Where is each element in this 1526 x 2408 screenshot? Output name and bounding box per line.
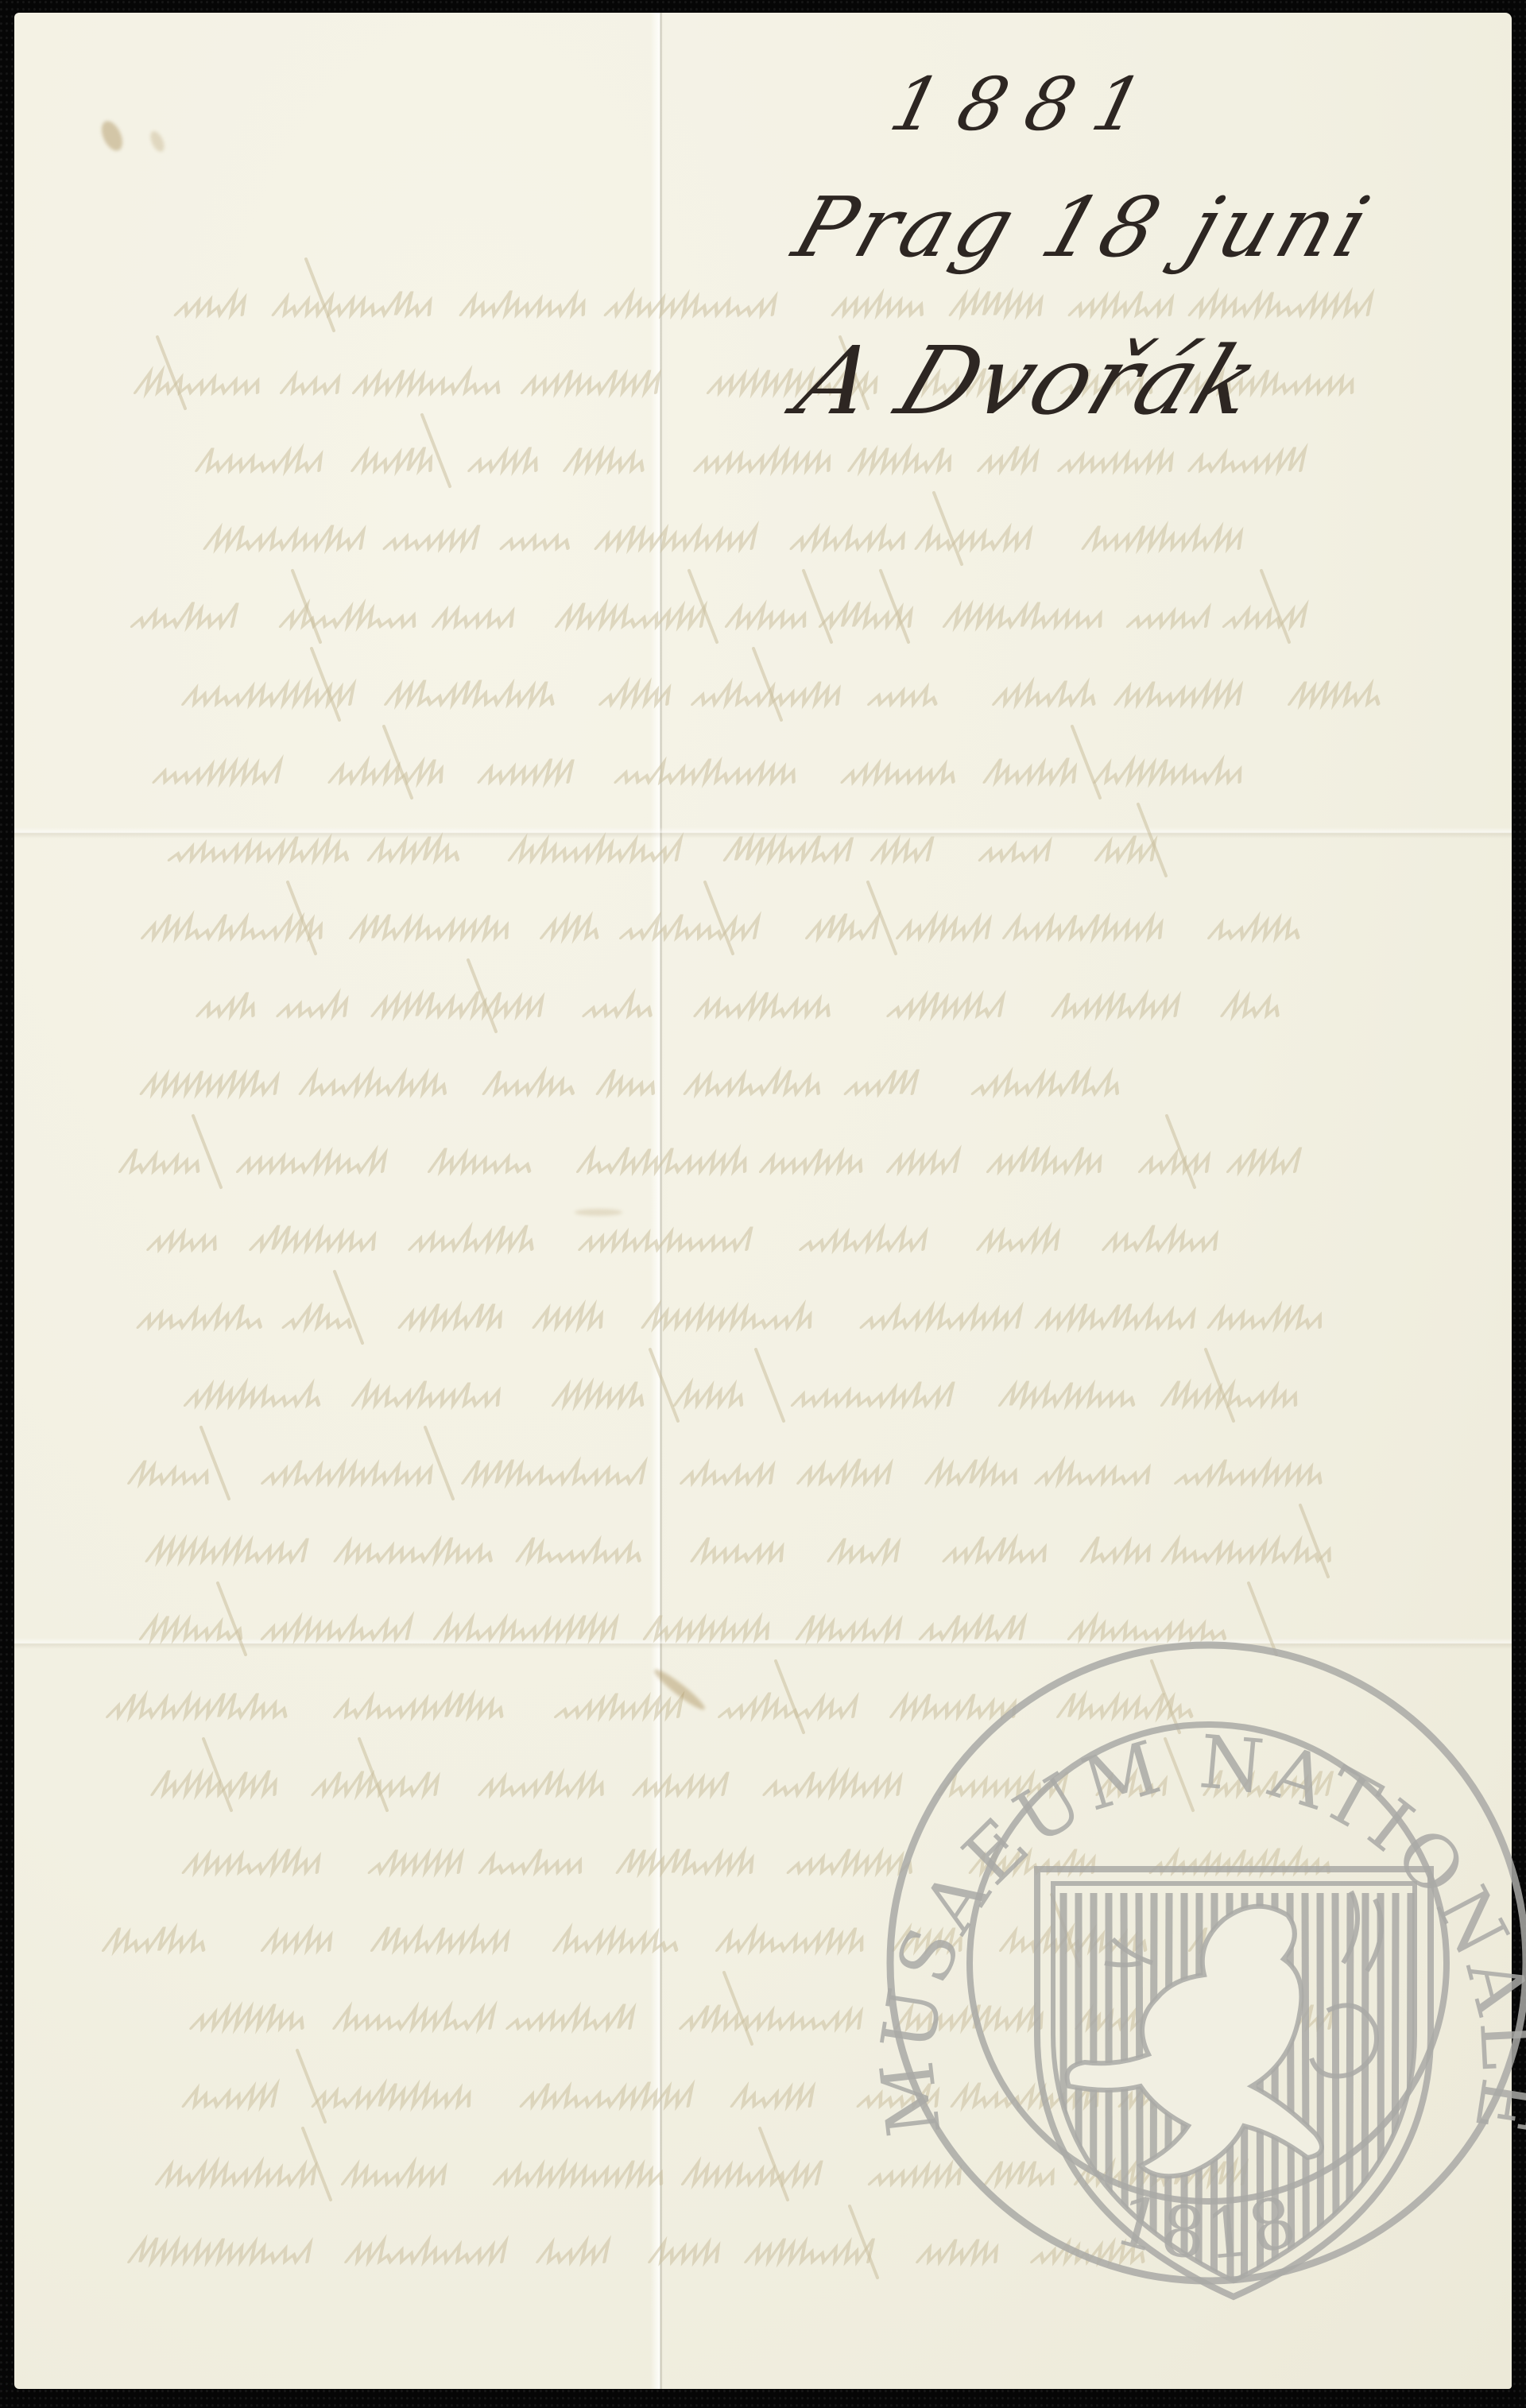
letter-sheet [14,13,1512,2389]
bleed-through-text [14,13,1512,2389]
ink-stain [575,1209,622,1216]
